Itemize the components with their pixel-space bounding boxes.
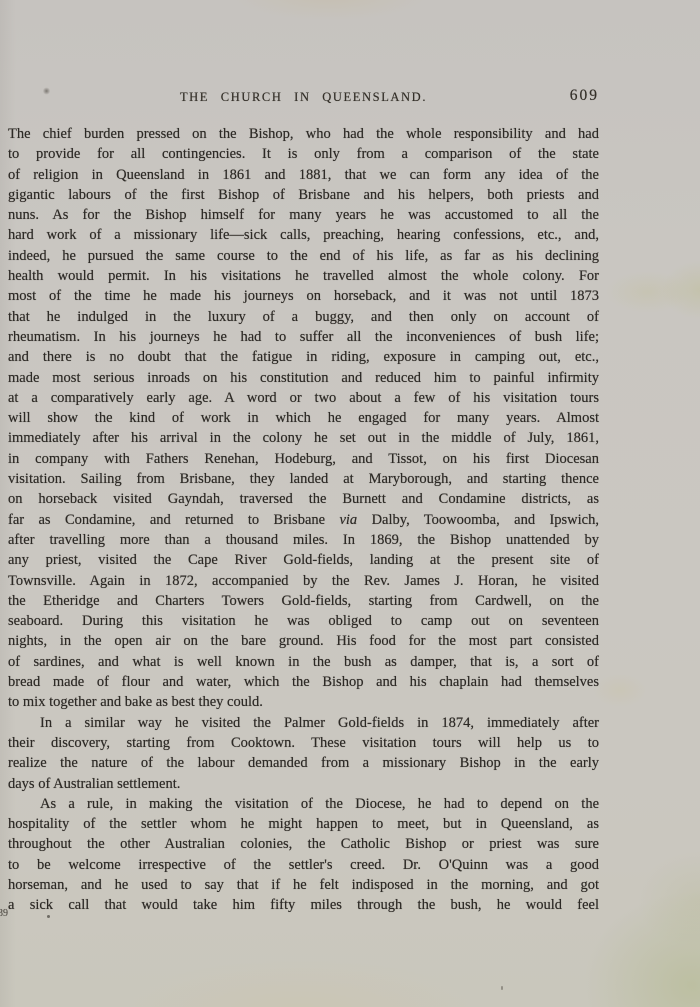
- text-line: The chief burden pressed on the Bishop, …: [8, 124, 599, 144]
- text-line: at a comparatively early age. A word or …: [8, 388, 599, 408]
- running-header-title: THE CHURCH IN QUEENSLAND.: [8, 90, 599, 105]
- text-line: any priest, visited the Cape River Gold-…: [8, 550, 599, 570]
- text-line: made most serious inroads on his constit…: [8, 368, 599, 388]
- text-line: nights, in the open air on the bare grou…: [8, 631, 599, 651]
- text-line: on horseback visited Gayndah, traversed …: [8, 489, 599, 509]
- text-line: nuns. As for the Bishop himself for many…: [8, 205, 599, 225]
- text-line: immediately after his arrival in the col…: [8, 428, 599, 448]
- text-line: Townsville. Again in 1872, accompanied b…: [8, 571, 599, 591]
- page-text: The chief burden pressed on the Bishop, …: [8, 124, 599, 916]
- text-line: to provide for all contingencies. It is …: [8, 144, 599, 164]
- text-line: As a rule, in making the visitation of t…: [8, 794, 599, 814]
- text-line: far as Condamine, and returned to Brisba…: [8, 510, 599, 530]
- text-line: visitation. Sailing from Brisbane, they …: [8, 469, 599, 489]
- text-line: realize the nature of the labour demande…: [8, 753, 599, 773]
- page-number: 609: [570, 87, 599, 105]
- text-line: health would permit. In his visitations …: [8, 266, 599, 286]
- text-line: and there is no doubt that the fatigue i…: [8, 347, 599, 367]
- text-line: will show the kind of work in which he e…: [8, 408, 599, 428]
- text-line: gigantic labours of the first Bishop of …: [8, 185, 599, 205]
- scanned-book-page: THE CHURCH IN QUEENSLAND. 609 The chief …: [0, 0, 700, 1007]
- text-line: hard work of a missionary life—sick call…: [8, 225, 599, 245]
- text-line: their discovery, starting from Cooktown.…: [8, 733, 599, 753]
- ink-speck: [501, 986, 503, 990]
- text-line: throughout the other Australian colonies…: [8, 834, 599, 854]
- text-line: of sardines, and what is well known in t…: [8, 652, 599, 672]
- text-line: a sick call that would take him fifty mi…: [8, 895, 599, 915]
- text-line: most of the time he made his journeys on…: [8, 286, 599, 306]
- text-line: bread made of flour and water, which the…: [8, 672, 599, 692]
- text-line: horseman, and he used to say that if he …: [8, 875, 599, 895]
- text-line: in company with Fathers Renehan, Hodebur…: [8, 449, 599, 469]
- text-line: rheumatism. In his journeys he had to su…: [8, 327, 599, 347]
- signature-mark: 39: [0, 908, 8, 919]
- text-line: that he indulged in the luxury of a bugg…: [8, 307, 599, 327]
- text-line: In a similar way he visited the Palmer G…: [8, 713, 599, 733]
- text-line: the Etheridge and Charters Towers Gold-f…: [8, 591, 599, 611]
- text-line: after travelling more than a thousand mi…: [8, 530, 599, 550]
- ink-speck: [47, 915, 50, 918]
- text-line: days of Australian settlement.: [8, 774, 599, 794]
- text-line: to mix together and bake as best they co…: [8, 692, 599, 712]
- text-line: indeed, he pursued the same course to th…: [8, 246, 599, 266]
- text-line: hospitality of the settler whom he might…: [8, 814, 599, 834]
- running-header: THE CHURCH IN QUEENSLAND. 609: [8, 90, 599, 105]
- text-line: seaboard. During this visitation he was …: [8, 611, 599, 631]
- text-line: of religion in Queensland in 1861 and 18…: [8, 165, 599, 185]
- text-line: to be welcome irrespective of the settle…: [8, 855, 599, 875]
